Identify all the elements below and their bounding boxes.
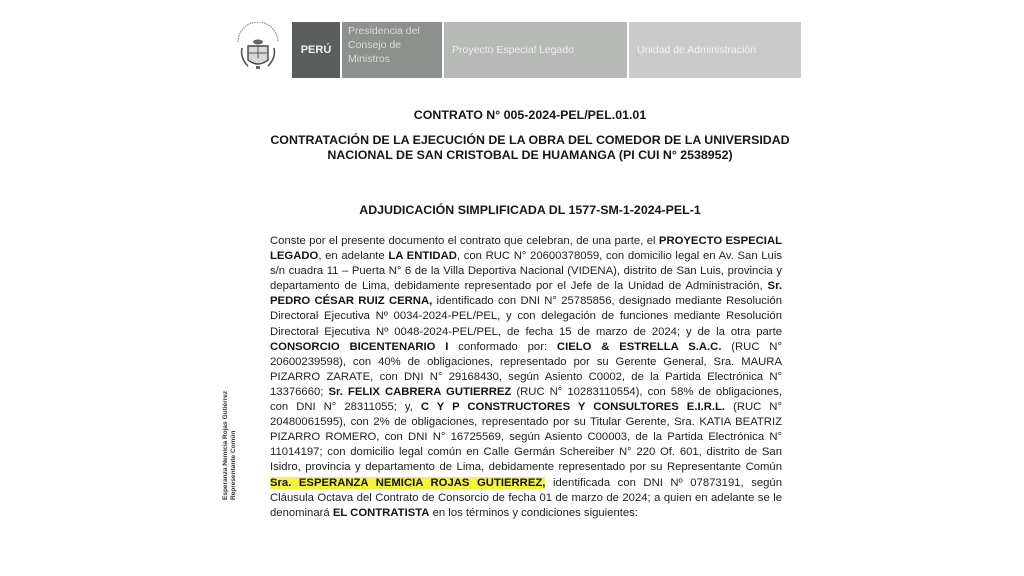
document-page: PERÚ Presidencia del Consejo de Ministro… bbox=[0, 0, 1024, 576]
body-text: en los términos y condiciones siguientes… bbox=[429, 507, 637, 519]
body-text: conformado por: bbox=[448, 341, 557, 353]
letterhead-banner: PERÚ Presidencia del Consejo de Ministro… bbox=[230, 22, 801, 78]
header-unit-label: Unidad de Administración bbox=[629, 22, 801, 78]
stamp-name: Esperanza Nemicia Rojas Gutiérrez bbox=[222, 391, 230, 500]
vertical-signature-stamp: Esperanza Nemicia Rojas Gutiérrez Repres… bbox=[222, 391, 238, 500]
consortium-name: CONSORCIO BICENTENARIO I bbox=[270, 341, 448, 353]
contract-number-title: CONTRATO N° 005-2024-PEL/PEL.01.01 bbox=[270, 108, 790, 123]
contract-body-paragraph: Conste por el presente documento el cont… bbox=[270, 234, 782, 521]
body-text: Conste por el presente documento el cont… bbox=[270, 235, 659, 247]
header-project-label: Proyecto Especial Legado bbox=[444, 22, 627, 78]
stamp-role: Representante Común bbox=[230, 391, 238, 500]
header-pcm-label: Presidencia del Consejo de Ministros bbox=[342, 22, 442, 78]
consortium-member-3: C Y P CONSTRUCTORES Y CONSULTORES E.I.R.… bbox=[421, 401, 725, 413]
highlighted-common-representative: Sra. ESPERANZA NEMICIA ROJAS GUTIERREZ, bbox=[270, 477, 545, 489]
peru-coat-of-arms-icon bbox=[230, 22, 290, 78]
contractor-alias: EL CONTRATISTA bbox=[333, 507, 430, 519]
procurement-title: ADJUDICACIÓN SIMPLIFICADA DL 1577-SM-1-2… bbox=[270, 203, 790, 218]
header-peru-label: PERÚ bbox=[292, 22, 340, 78]
contract-subject-title: CONTRATACIÓN DE LA EJECUCIÓN DE LA OBRA … bbox=[270, 133, 790, 163]
consortium-member-2: Sr. FELIX CABRERA GUTIERREZ bbox=[328, 386, 511, 398]
entity-alias: LA ENTIDAD bbox=[388, 250, 457, 262]
body-text: , en adelante bbox=[318, 250, 388, 262]
consortium-member-1: CIELO & ESTRELLA S.A.C. bbox=[557, 341, 722, 353]
